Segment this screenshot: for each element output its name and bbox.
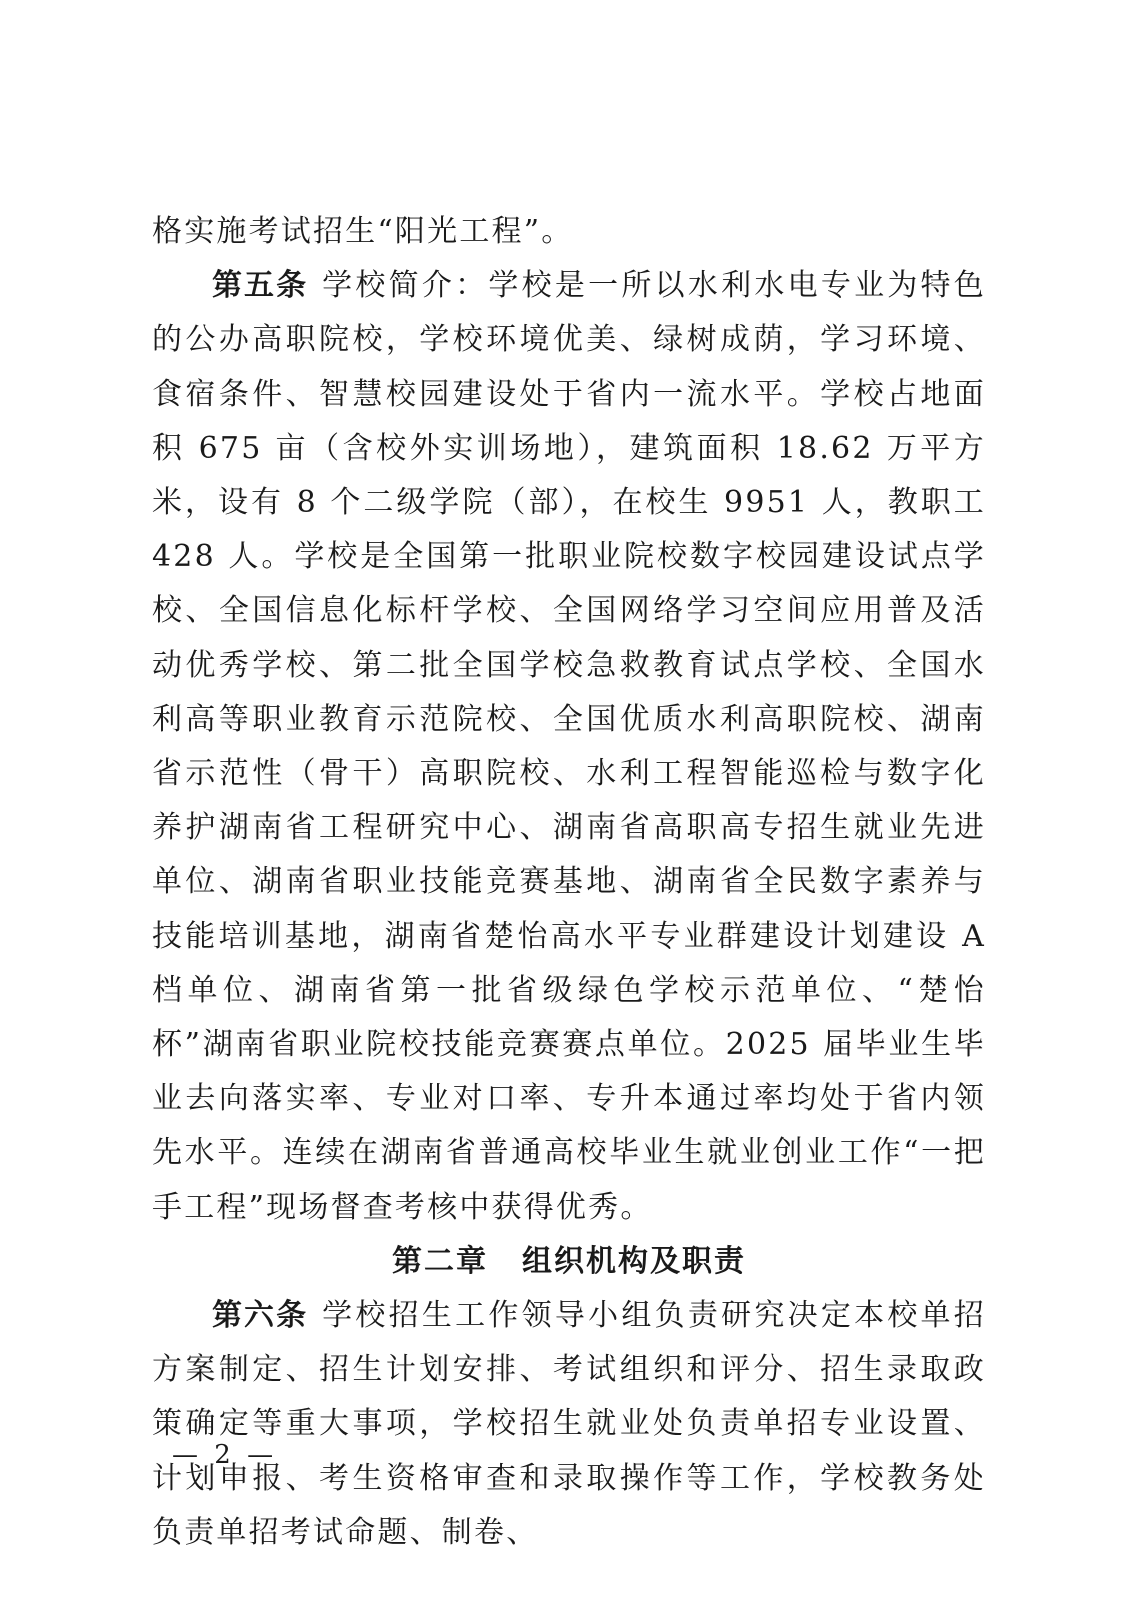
article-5-paragraph: 第五条学校简介：学校是一所以水利水电专业为特色的公办高职院校，学校环境优美、绿树… (152, 259, 986, 1235)
paragraph-continuation: 格实施考试招生“阳光工程”。 (152, 205, 986, 259)
chapter-number: 第二章 (392, 1244, 488, 1279)
article-5-label: 第五条 (212, 268, 308, 303)
page-number: — 2 — (172, 1440, 277, 1470)
article-6-label: 第六条 (212, 1298, 308, 1333)
chapter-heading: 第二章组织机构及职责 (152, 1235, 986, 1289)
article-6-paragraph: 第六条学校招生工作领导小组负责研究决定本校单招方案制定、招生计划安排、考试组织和… (152, 1289, 986, 1560)
document-page: 格实施考试招生“阳光工程”。 第五条学校简介：学校是一所以水利水电专业为特色的公… (152, 205, 986, 1560)
chapter-title: 组织机构及职责 (522, 1244, 746, 1279)
article-6-text: 学校招生工作领导小组负责研究决定本校单招方案制定、招生计划安排、考试组织和评分、… (152, 1298, 986, 1550)
article-5-text: 学校简介：学校是一所以水利水电专业为特色的公办高职院校，学校环境优美、绿树成荫，… (152, 268, 986, 1224)
